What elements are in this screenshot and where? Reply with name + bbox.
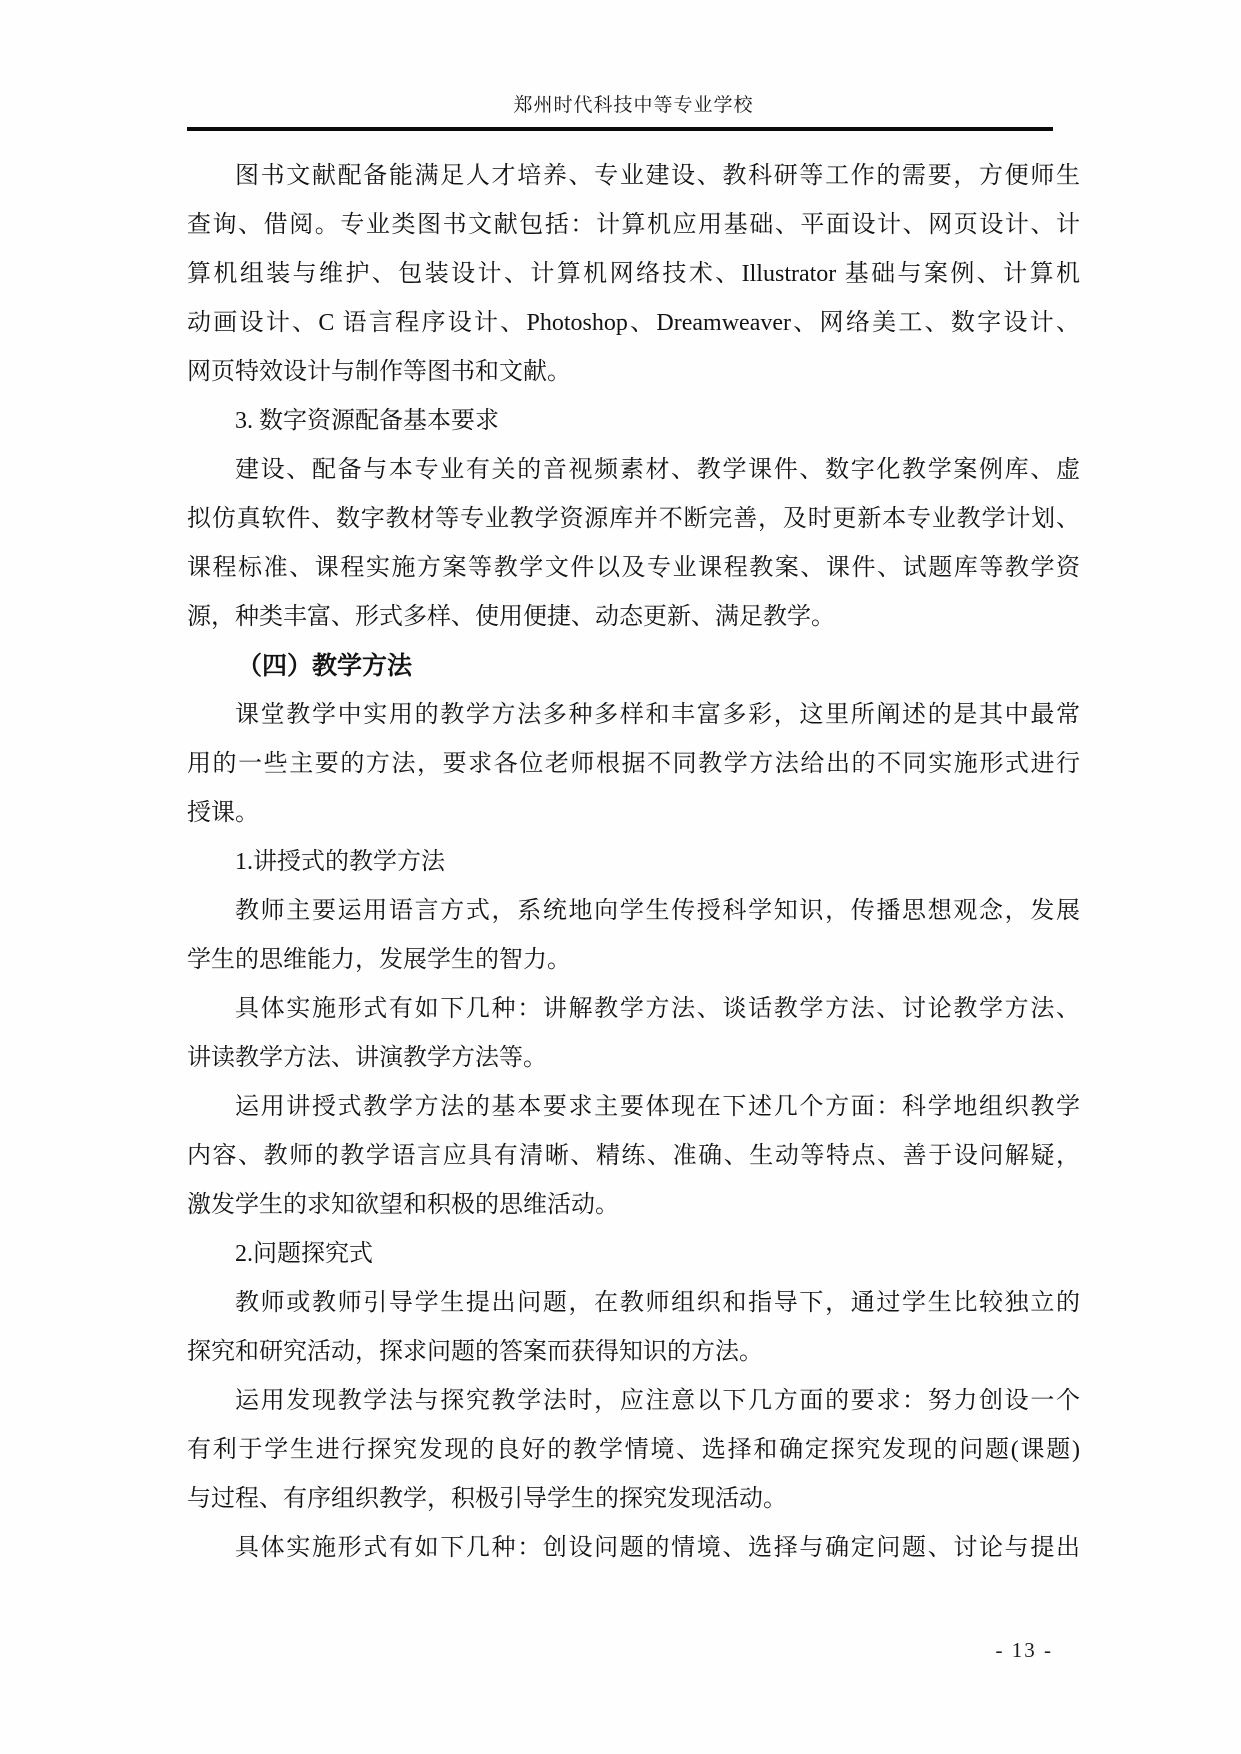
text-line: 课程标准、课程实施方案等教学文件以及专业课程教案、课件、试题库等教学资	[187, 544, 1080, 593]
text-line: 算机组装与维护、包装设计、计算机网络技术、Illustrator 基础与案例、计…	[187, 250, 1080, 299]
text-line: 课堂教学中实用的教学方法多种多样和丰富多彩，这里所阐述的是其中最常	[187, 691, 1080, 740]
text-line: 图书文献配备能满足人才培养、专业建设、教科研等工作的需要，方便师生	[187, 152, 1080, 201]
text-line: 具体实施形式有如下几种：创设问题的情境、选择与确定问题、讨论与提出	[187, 1524, 1080, 1573]
text-line: 学生的思维能力，发展学生的智力。	[187, 936, 1080, 985]
text-line: 探究和研究活动，探求问题的答案而获得知识的方法。	[187, 1328, 1080, 1377]
text-line: 查询、借阅。专业类图书文献包括：计算机应用基础、平面设计、网页设计、计	[187, 201, 1080, 250]
text-line: 用的一些主要的方法，要求各位老师根据不同教学方法给出的不同实施形式进行	[187, 740, 1080, 789]
document-body: 图书文献配备能满足人才培养、专业建设、教科研等工作的需要，方便师生 查询、借阅。…	[187, 152, 1080, 1573]
subsection-heading: 2.问题探究式	[187, 1230, 1080, 1279]
document-page: 郑州时代科技中等专业学校 图书文献配备能满足人才培养、专业建设、教科研等工作的需…	[0, 0, 1241, 1754]
text-line: 内容、教师的教学语言应具有清晰、精练、准确、生动等特点、善于设问解疑，	[187, 1132, 1080, 1181]
header-school-name: 郑州时代科技中等专业学校	[187, 90, 1080, 117]
header-rule	[187, 127, 1053, 131]
text-line: 动画设计、C 语言程序设计、Photoshop、Dreamweaver、网络美工…	[187, 299, 1080, 348]
text-line: 授课。	[187, 789, 1080, 838]
text-line: 讲读教学方法、讲演教学方法等。	[187, 1034, 1080, 1083]
text-line: 运用讲授式教学方法的基本要求主要体现在下述几个方面：科学地组织教学	[187, 1083, 1080, 1132]
text-line: 网页特效设计与制作等图书和文献。	[187, 348, 1080, 397]
page-number: - 13 -	[996, 1638, 1054, 1662]
text-line: 建设、配备与本专业有关的音视频素材、教学课件、数字化教学案例库、虚	[187, 446, 1080, 495]
text-line: 教师或教师引导学生提出问题，在教师组织和指导下，通过学生比较独立的	[187, 1279, 1080, 1328]
text-line: 运用发现教学法与探究教学法时，应注意以下几方面的要求：努力创设一个	[187, 1377, 1080, 1426]
text-line: 具体实施形式有如下几种：讲解教学方法、谈话教学方法、讨论教学方法、	[187, 985, 1080, 1034]
section-heading: （四）教学方法	[187, 642, 1080, 691]
text-line: 有利于学生进行探究发现的良好的教学情境、选择和确定探究发现的问题(课题)	[187, 1426, 1080, 1475]
text-line: 源，种类丰富、形式多样、使用便捷、动态更新、满足教学。	[187, 593, 1080, 642]
subsection-heading: 3. 数字资源配备基本要求	[187, 397, 1080, 446]
text-line: 拟仿真软件、数字教材等专业教学资源库并不断完善，及时更新本专业教学计划、	[187, 495, 1080, 544]
text-line: 激发学生的求知欲望和积极的思维活动。	[187, 1181, 1080, 1230]
text-line: 与过程、有序组织教学，积极引导学生的探究发现活动。	[187, 1475, 1080, 1524]
subsection-heading: 1.讲授式的教学方法	[187, 838, 1080, 887]
text-line: 教师主要运用语言方式，系统地向学生传授科学知识，传播思想观念，发展	[187, 887, 1080, 936]
page-footer: - 13 -	[187, 1638, 1053, 1663]
